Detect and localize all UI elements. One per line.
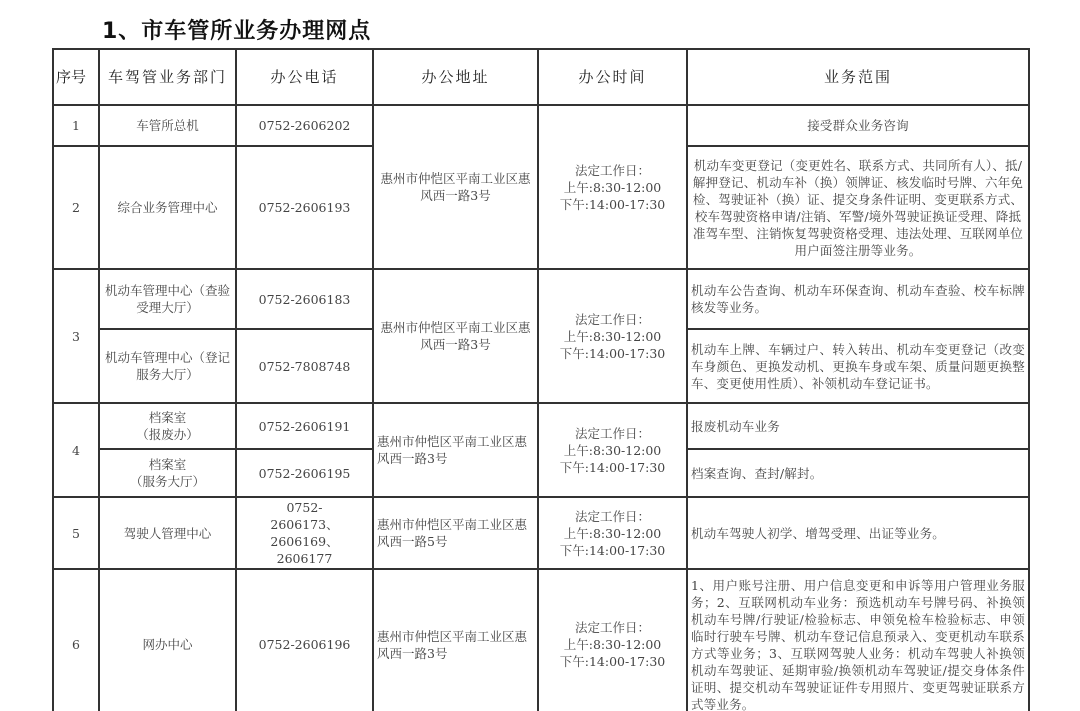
hours-label: 法定工作日： (542, 162, 683, 179)
department-cell: 综合业务管理中心 (99, 146, 236, 269)
hours-am: 上午:8:30-12:00 (542, 442, 683, 459)
department-line: （服务大厅） (103, 473, 232, 490)
hours-am: 上午:8:30-12:00 (542, 328, 683, 345)
phone-cell: 0752-7808748 (236, 329, 373, 403)
phone-line: 2606177 (240, 550, 369, 567)
address-cell: 惠州市仲恺区平南工业区惠风西一路3号 (373, 403, 538, 497)
hours-cell: 法定工作日： 上午:8:30-12:00 下午:14:00-17:30 (538, 105, 687, 269)
hours-pm: 下午:14:00-17:30 (542, 345, 683, 362)
hours-am: 上午:8:30-12:00 (542, 525, 683, 542)
phone-cell: 0752- 2606173、2606169、 2606177 (236, 497, 373, 569)
phone-cell: 0752-2606202 (236, 105, 373, 146)
header-scope: 业务范围 (687, 49, 1029, 105)
seq-cell: 2 (53, 146, 99, 269)
phone-line: 2606173、2606169、 (240, 516, 369, 550)
hours-pm: 下午:14:00-17:30 (542, 196, 683, 213)
department-cell: 档案室 （报废办） (99, 403, 236, 449)
scope-cell: 1、用户账号注册、用户信息变更和申诉等用户管理业务服务；2、互联网机动车业务：预… (687, 569, 1029, 711)
scope-cell: 报废机动车业务 (687, 403, 1029, 449)
hours-am: 上午:8:30-12:00 (542, 636, 683, 653)
hours-label: 法定工作日： (542, 508, 683, 525)
hours-cell: 法定工作日： 上午:8:30-12:00 下午:14:00-17:30 (538, 497, 687, 569)
header-hours: 办公时间 (538, 49, 687, 105)
header-department: 车驾管业务部门 (99, 49, 236, 105)
department-line: （报废办） (103, 426, 232, 443)
seq-cell: 3 (53, 269, 99, 403)
seq-cell: 5 (53, 497, 99, 569)
table-row: 3 机动车管理中心（查验受理大厅） 0752-2606183 惠州市仲恺区平南工… (53, 269, 1029, 329)
department-cell: 车管所总机 (99, 105, 236, 146)
phone-cell: 0752-2606191 (236, 403, 373, 449)
department-line: 档案室 (103, 409, 232, 426)
department-cell: 机动车管理中心（登记服务大厅） (99, 329, 236, 403)
address-cell: 惠州市仲恺区平南工业区惠风西一路3号 (373, 105, 538, 269)
hours-pm: 下午:14:00-17:30 (542, 459, 683, 476)
address-cell: 惠州市仲恺区平南工业区惠风西一路3号 (373, 569, 538, 711)
hours-label: 法定工作日： (542, 311, 683, 328)
hours-cell: 法定工作日： 上午:8:30-12:00 下午:14:00-17:30 (538, 403, 687, 497)
hours-pm: 下午:14:00-17:30 (542, 542, 683, 559)
table-row: 1 车管所总机 0752-2606202 惠州市仲恺区平南工业区惠风西一路3号 … (53, 105, 1029, 146)
scope-cell: 机动车变更登记（变更姓名、联系方式、共同所有人）、抵/解押登记、机动车补（换）领… (687, 146, 1029, 269)
service-locations-table: 序号 车驾管业务部门 办公电话 办公地址 办公时间 业务范围 1 车管所总机 0… (52, 48, 1030, 711)
table-row: 4 档案室 （报废办） 0752-2606191 惠州市仲恺区平南工业区惠风西一… (53, 403, 1029, 449)
department-cell: 网办中心 (99, 569, 236, 711)
hours-cell: 法定工作日： 上午:8:30-12:00 下午:14:00-17:30 (538, 269, 687, 403)
scope-cell: 接受群众业务咨询 (687, 105, 1029, 146)
seq-cell: 1 (53, 105, 99, 146)
header-address: 办公地址 (373, 49, 538, 105)
scope-cell: 机动车驾驶人初学、增驾受理、出证等业务。 (687, 497, 1029, 569)
address-cell: 惠州市仲恺区平南工业区惠风西一路5号 (373, 497, 538, 569)
section-title: 1、市车管所业务办理网点 (102, 14, 371, 45)
department-cell: 机动车管理中心（查验受理大厅） (99, 269, 236, 329)
header-seq: 序号 (53, 49, 99, 105)
table-header-row: 序号 车驾管业务部门 办公电话 办公地址 办公时间 业务范围 (53, 49, 1029, 105)
scope-cell: 档案查询、查封/解封。 (687, 449, 1029, 497)
seq-cell: 4 (53, 403, 99, 497)
department-line: 档案室 (103, 456, 232, 473)
address-cell: 惠州市仲恺区平南工业区惠风西一路3号 (373, 269, 538, 403)
hours-pm: 下午:14:00-17:30 (542, 653, 683, 670)
hours-cell: 法定工作日： 上午:8:30-12:00 下午:14:00-17:30 (538, 569, 687, 711)
hours-label: 法定工作日： (542, 425, 683, 442)
seq-cell: 6 (53, 569, 99, 711)
phone-cell: 0752-2606193 (236, 146, 373, 269)
table-row: 6 网办中心 0752-2606196 惠州市仲恺区平南工业区惠风西一路3号 法… (53, 569, 1029, 711)
hours-label: 法定工作日： (542, 619, 683, 636)
table-row: 5 驾驶人管理中心 0752- 2606173、2606169、 2606177… (53, 497, 1029, 569)
phone-cell: 0752-2606183 (236, 269, 373, 329)
header-phone: 办公电话 (236, 49, 373, 105)
department-cell: 档案室 （服务大厅） (99, 449, 236, 497)
scope-cell: 机动车上牌、车辆过户、转入转出、机动车变更登记（改变车身颜色、更换发动机、更换车… (687, 329, 1029, 403)
hours-am: 上午:8:30-12:00 (542, 179, 683, 196)
phone-cell: 0752-2606196 (236, 569, 373, 711)
phone-line: 0752- (240, 499, 369, 516)
scope-cell: 机动车公告查询、机动车环保查询、机动车查验、校车标牌核发等业务。 (687, 269, 1029, 329)
department-cell: 驾驶人管理中心 (99, 497, 236, 569)
phone-cell: 0752-2606195 (236, 449, 373, 497)
